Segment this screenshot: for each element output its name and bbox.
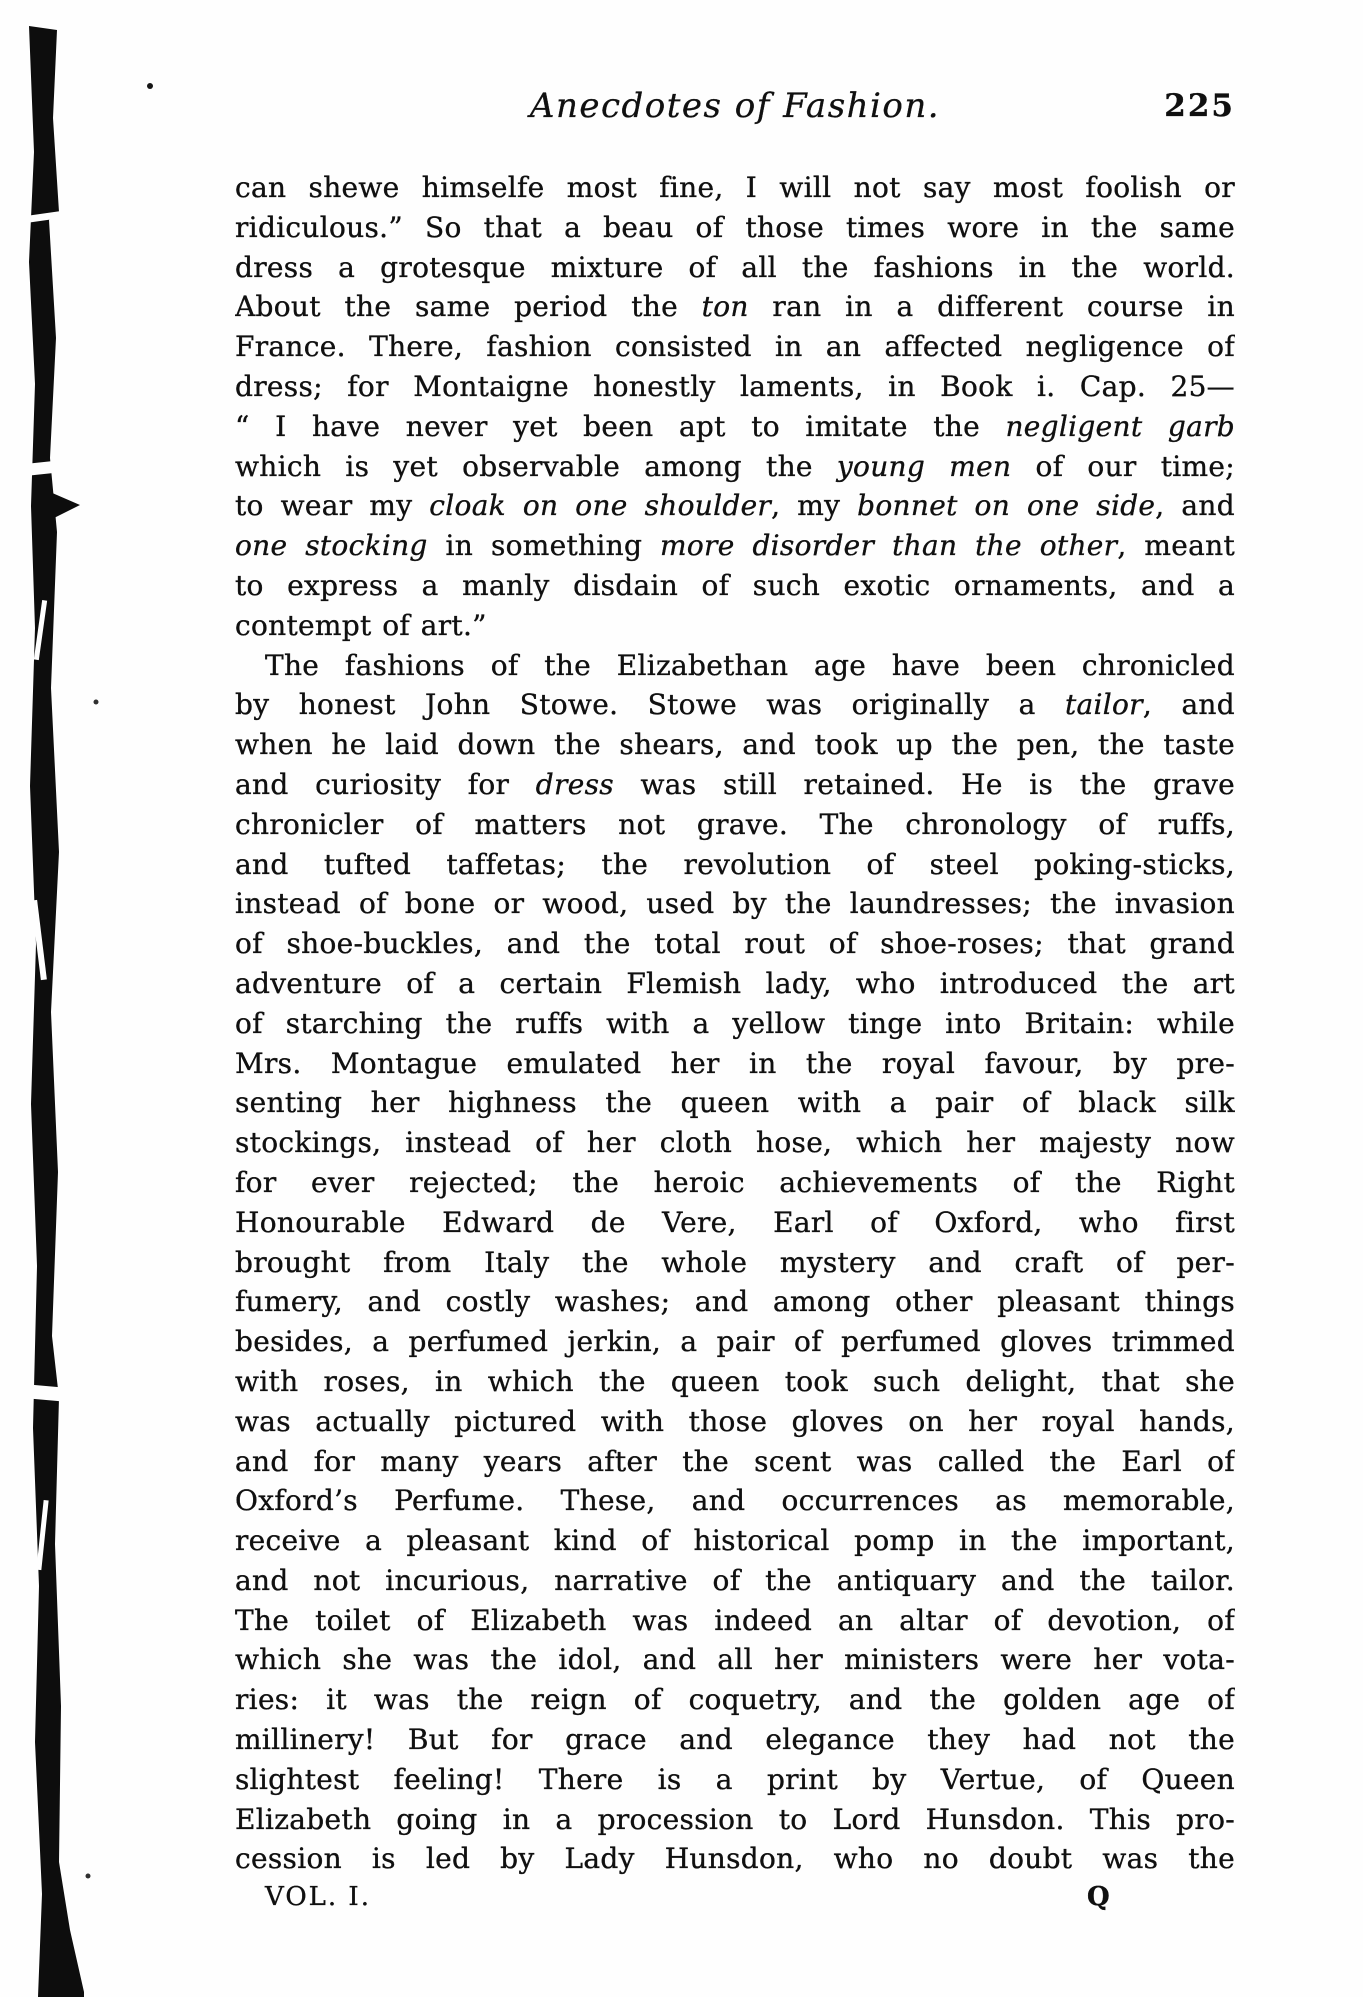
running-title: Anecdotes of Fashion. [530,86,940,126]
text-line: France. There, fashion consisted in an a… [235,327,1235,367]
text-segment: dress a grotesque mixture of all the fas… [235,251,1235,284]
text-segment: besides, a perfumed jerkin, a pair of pe… [235,1325,1235,1358]
italic-text: negligent garb [1005,410,1235,443]
italic-text: one stocking [235,529,428,562]
text-line: adventure of a certain Flemish lady, who… [235,964,1235,1004]
text-segment: in something [428,529,660,562]
text-segment: to wear my [235,489,429,522]
text-line: which she was the idol, and all her mini… [235,1640,1235,1680]
text-line: “ I have never yet been apt to imitate t… [235,407,1235,447]
text-segment: ries: it was the reign of coquetry, and … [235,1683,1235,1716]
text-segment: instead of bone or wood, used by the lau… [235,887,1235,920]
text-line: Oxford’s Perfume. These, and occurrences… [235,1481,1235,1521]
italic-text: ton [702,290,749,323]
italic-text: more disorder than the other [660,529,1117,562]
text-segment: cession is led by Lady Hunsdon, who no d… [235,1842,1235,1875]
paragraph: The fashions of the Elizabethan age have… [235,646,1235,1880]
text-segment: dress; for Montaigne honestly laments, i… [235,370,1235,403]
text-line: fumery, and costly washes; and among oth… [235,1282,1235,1322]
text-segment: and tufted taffetas; the revolution of s… [235,848,1235,881]
text-segment: The fashions of the Elizabethan age have… [265,649,1235,682]
text-line: Honourable Edward de Vere, Earl of Oxfor… [235,1203,1235,1243]
text-line: receive a pleasant kind of historical po… [235,1521,1235,1561]
text-segment: ridiculous.” So that a beau of those tim… [235,211,1235,244]
page-header: Anecdotes of Fashion. 225 [235,86,1235,134]
text-line: of shoe-buckles, and the total rout of s… [235,924,1235,964]
text-line: ridiculous.” So that a beau of those tim… [235,208,1235,248]
text-line: of starching the ruffs with a yellow tin… [235,1004,1235,1044]
text-segment: France. There, fashion consisted in an a… [235,330,1235,363]
text-segment: , and [1143,688,1235,721]
text-line: when he laid down the shears, and took u… [235,725,1235,765]
text-segment: fumery, and costly washes; and among oth… [235,1285,1235,1318]
italic-text: cloak on one shoulder [429,489,771,522]
text-line: chronicler of matters not grave. The chr… [235,805,1235,845]
volume-label: VOL. I. [265,1882,371,1912]
text-segment: was still retained. He is the grave [614,768,1235,801]
text-segment: The toilet of Elizabeth was indeed an al… [235,1604,1235,1637]
text-line: About the same period the ton ran in a d… [235,287,1235,327]
signature-mark: Q [1087,1882,1110,1912]
text-line: millinery! But for grace and elegance th… [235,1720,1235,1760]
text-line: to express a manly disdain of such exoti… [235,566,1235,606]
text-segment: for ever rejected; the heroic achievemen… [235,1166,1235,1199]
text-segment: and not incurious, narrative of the anti… [235,1564,1235,1597]
text-segment: of starching the ruffs with a yellow tin… [235,1007,1235,1040]
text-segment: “ I have never yet been apt to imitate t… [235,410,1005,443]
paragraph: can shewe himselfe most fine, I will not… [235,168,1235,646]
text-line: ries: it was the reign of coquetry, and … [235,1680,1235,1720]
text-line: stockings, instead of her cloth hose, wh… [235,1123,1235,1163]
text-line: was actually pictured with those gloves … [235,1402,1235,1442]
text-line: and for many years after the scent was c… [235,1442,1235,1482]
text-segment: of our time; [1011,450,1235,483]
page-footer: VOL. I. Q [235,1882,1235,1922]
text-line: with roses, in which the queen took such… [235,1362,1235,1402]
text-segment: , and [1155,489,1235,522]
text-segment: and for many years after the scent was c… [235,1445,1235,1478]
text-segment: , my [771,489,857,522]
text-line: cession is led by Lady Hunsdon, who no d… [235,1839,1235,1879]
text-segment: chronicler of matters not grave. The chr… [235,808,1235,841]
text-segment: Mrs. Montague emulated her in the royal … [235,1047,1235,1080]
text-line: Mrs. Montague emulated her in the royal … [235,1044,1235,1084]
text-segment: which is yet observable among the [235,450,837,483]
text-segment: Oxford’s Perfume. These, and occurrences… [235,1484,1235,1517]
text-line: The toilet of Elizabeth was indeed an al… [235,1601,1235,1641]
text-segment: to express a manly disdain of such exoti… [235,569,1235,602]
text-line: and not incurious, narrative of the anti… [235,1561,1235,1601]
text-line: by honest John Stowe. Stowe was original… [235,685,1235,725]
text-segment: can shewe himselfe most fine, I will not… [235,171,1235,204]
text-line: slightest feeling! There is a print by V… [235,1760,1235,1800]
text-segment: contempt of art.” [235,609,487,642]
text-line: contempt of art.” [235,606,1235,646]
text-line: The fashions of the Elizabethan age have… [235,646,1235,686]
text-segment: brought from Italy the whole mystery and… [235,1246,1235,1279]
scanned-book-page: Anecdotes of Fashion. 225 can shewe hims… [0,0,1363,1997]
text-segment: stockings, instead of her cloth hose, wh… [235,1126,1235,1159]
text-segment: was actually pictured with those gloves … [235,1405,1235,1438]
text-segment: which she was the idol, and all her mini… [235,1643,1235,1676]
text-segment: About the same period the [235,290,702,323]
text-line: and curiosity for dress was still retain… [235,765,1235,805]
page-body: can shewe himselfe most fine, I will not… [235,168,1235,1879]
text-segment: and curiosity for [235,768,536,801]
text-line: one stocking in something more disorder … [235,526,1235,566]
text-segment: by honest John Stowe. Stowe was original… [235,688,1065,721]
text-line: dress; for Montaigne honestly laments, i… [235,367,1235,407]
text-segment: millinery! But for grace and elegance th… [235,1723,1235,1756]
text-line: can shewe himselfe most fine, I will not… [235,168,1235,208]
text-line: senting her highness the queen with a pa… [235,1083,1235,1123]
italic-text: dress [536,768,614,801]
text-line: brought from Italy the whole mystery and… [235,1243,1235,1283]
text-segment: when he laid down the shears, and took u… [235,728,1235,761]
text-line: dress a grotesque mixture of all the fas… [235,248,1235,288]
text-segment: ran in a different course in [749,290,1235,323]
text-segment: senting her highness the queen with a pa… [235,1086,1235,1119]
text-segment: , meant [1117,529,1235,562]
text-line: which is yet observable among the young … [235,447,1235,487]
italic-text: young men [837,450,1011,483]
page-content: Anecdotes of Fashion. 225 can shewe hims… [235,0,1235,1997]
text-line: for ever rejected; the heroic achievemen… [235,1163,1235,1203]
text-segment: with roses, in which the queen took such… [235,1365,1235,1398]
page-number: 225 [1164,88,1235,124]
text-segment: slightest feeling! There is a print by V… [235,1763,1235,1796]
text-segment: adventure of a certain Flemish lady, who… [235,967,1235,1000]
text-line: and tufted taffetas; the revolution of s… [235,845,1235,885]
text-line: besides, a perfumed jerkin, a pair of pe… [235,1322,1235,1362]
text-segment: of shoe-buckles, and the total rout of s… [235,927,1235,960]
text-segment: Honourable Edward de Vere, Earl of Oxfor… [235,1206,1235,1239]
text-line: instead of bone or wood, used by the lau… [235,884,1235,924]
text-line: to wear my cloak on one shoulder, my bon… [235,486,1235,526]
book-binding-edge [0,0,180,1997]
italic-text: bonnet on one side [857,489,1155,522]
text-segment: Elizabeth going in a procession to Lord … [235,1803,1235,1836]
text-segment: receive a pleasant kind of historical po… [235,1524,1235,1557]
text-line: Elizabeth going in a procession to Lord … [235,1800,1235,1840]
italic-text: tailor [1065,688,1143,721]
